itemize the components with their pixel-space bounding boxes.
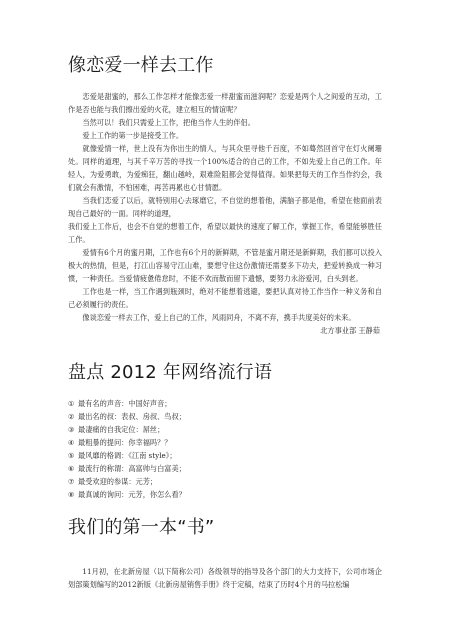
section-title-internet-slang-2012: 盘点 2012 年网络流行语: [68, 362, 272, 384]
list-number: ②: [68, 410, 78, 423]
list-item: ⑧最真诚的询问：元芳，你怎么看？: [68, 488, 382, 501]
list-item: ③最凄痛的自我定位：屌丝；: [68, 423, 382, 436]
paragraph: 11月初，在北新房屋（以下简称公司）各级领导的指导及各个部门的大力支持下，公司市…: [68, 565, 382, 591]
list-item: ②最出名的叔：表叔、房叔、鸟叔；: [68, 410, 382, 423]
paragraph: 工作也是一样，当工作遇到瓶颈时，绝对不能想着逃避，要把认真对待工作当作一种义务和…: [68, 285, 382, 311]
paragraph: 当然可以！我们只需爱上工作，把他当作人生的伴侣。: [68, 116, 382, 129]
section-body-work-like-love: 恋爱是甜蜜的，那么工作怎样才能像恋爱一样甜蜜而滋润呢？恋爱是两个人之间爱的互动，…: [68, 90, 382, 337]
list-number: ⑥: [68, 462, 78, 475]
paragraph: 爱上工作的第一步是接受工作。: [68, 129, 382, 142]
paragraph: 我们爱上工作后，也会不自觉的想着工作，希望以最快的速度了解工作，掌握工作，希望能…: [68, 220, 382, 246]
list-text: 最真诚的询问：元芳，你怎么看？: [78, 490, 186, 499]
list-text: 最出名的叔：表叔、房叔、鸟叔；: [78, 412, 186, 421]
paragraph: 像谈恋爱一样去工作，爱上自己的工作，风雨同舟，不离不弃，携手共度美好的未来。: [68, 311, 382, 324]
list-item: ⑦最受欢迎的参谋：元芳；: [68, 475, 382, 488]
list-text: 最流行的称谓：高富帅与白富美；: [78, 464, 186, 473]
paragraph: 恋爱是甜蜜的，那么工作怎样才能像恋爱一样甜蜜而滋润呢？恋爱是两个人之间爱的互动，…: [68, 90, 382, 116]
section-title-our-first-book: 我们的第一本“书”: [68, 517, 214, 539]
list-number: ⑦: [68, 475, 78, 488]
list-number: ④: [68, 436, 78, 449]
list-number: ③: [68, 423, 78, 436]
list-item: ①最有名的声音：中国好声音；: [68, 397, 382, 410]
paragraph: 就像爱情一样，世上没有为你出生的情人，与其众里寻他千百度，不如蓦然回首守在灯火阑…: [68, 142, 382, 194]
list-text: 最受欢迎的参谋：元芳；: [78, 477, 157, 486]
list-number: ⑤: [68, 449, 78, 462]
list-number: ⑧: [68, 488, 78, 501]
list-text: 最粗暴的提问：你幸福吗？？: [78, 438, 171, 447]
list-item: ⑤最风靡的格调：《江南 style》；: [68, 449, 382, 462]
list-item: ④最粗暴的提问：你幸福吗？？: [68, 436, 382, 449]
list-text: 最风靡的格调：《江南 style》；: [78, 451, 177, 460]
slang-list: ①最有名的声音：中国好声音； ②最出名的叔：表叔、房叔、鸟叔； ③最凄痛的自我定…: [68, 397, 382, 501]
author-signature: 北方事业部 王静茹: [68, 324, 382, 337]
list-number: ①: [68, 397, 78, 410]
list-text: 最有名的声音：中国好声音；: [78, 399, 171, 408]
paragraph: 爱情有6个月的蜜月期，工作也有6个月的新鲜期，不管是蜜月期还是新鲜期，我们都可以…: [68, 246, 382, 285]
section-title-work-like-love: 像恋爱一样去工作: [68, 55, 214, 77]
section-body-our-first-book: 11月初，在北新房屋（以下简称公司）各级领导的指导及各个部门的大力支持下，公司市…: [68, 565, 382, 591]
paragraph: 当我们恋爱了以后，就特别用心去琢磨它，不自觉的想着他，满脑子都是他，希望在他面前…: [68, 194, 382, 220]
list-text: 最凄痛的自我定位：屌丝；: [78, 425, 164, 434]
list-item: ⑥最流行的称谓：高富帅与白富美；: [68, 462, 382, 475]
